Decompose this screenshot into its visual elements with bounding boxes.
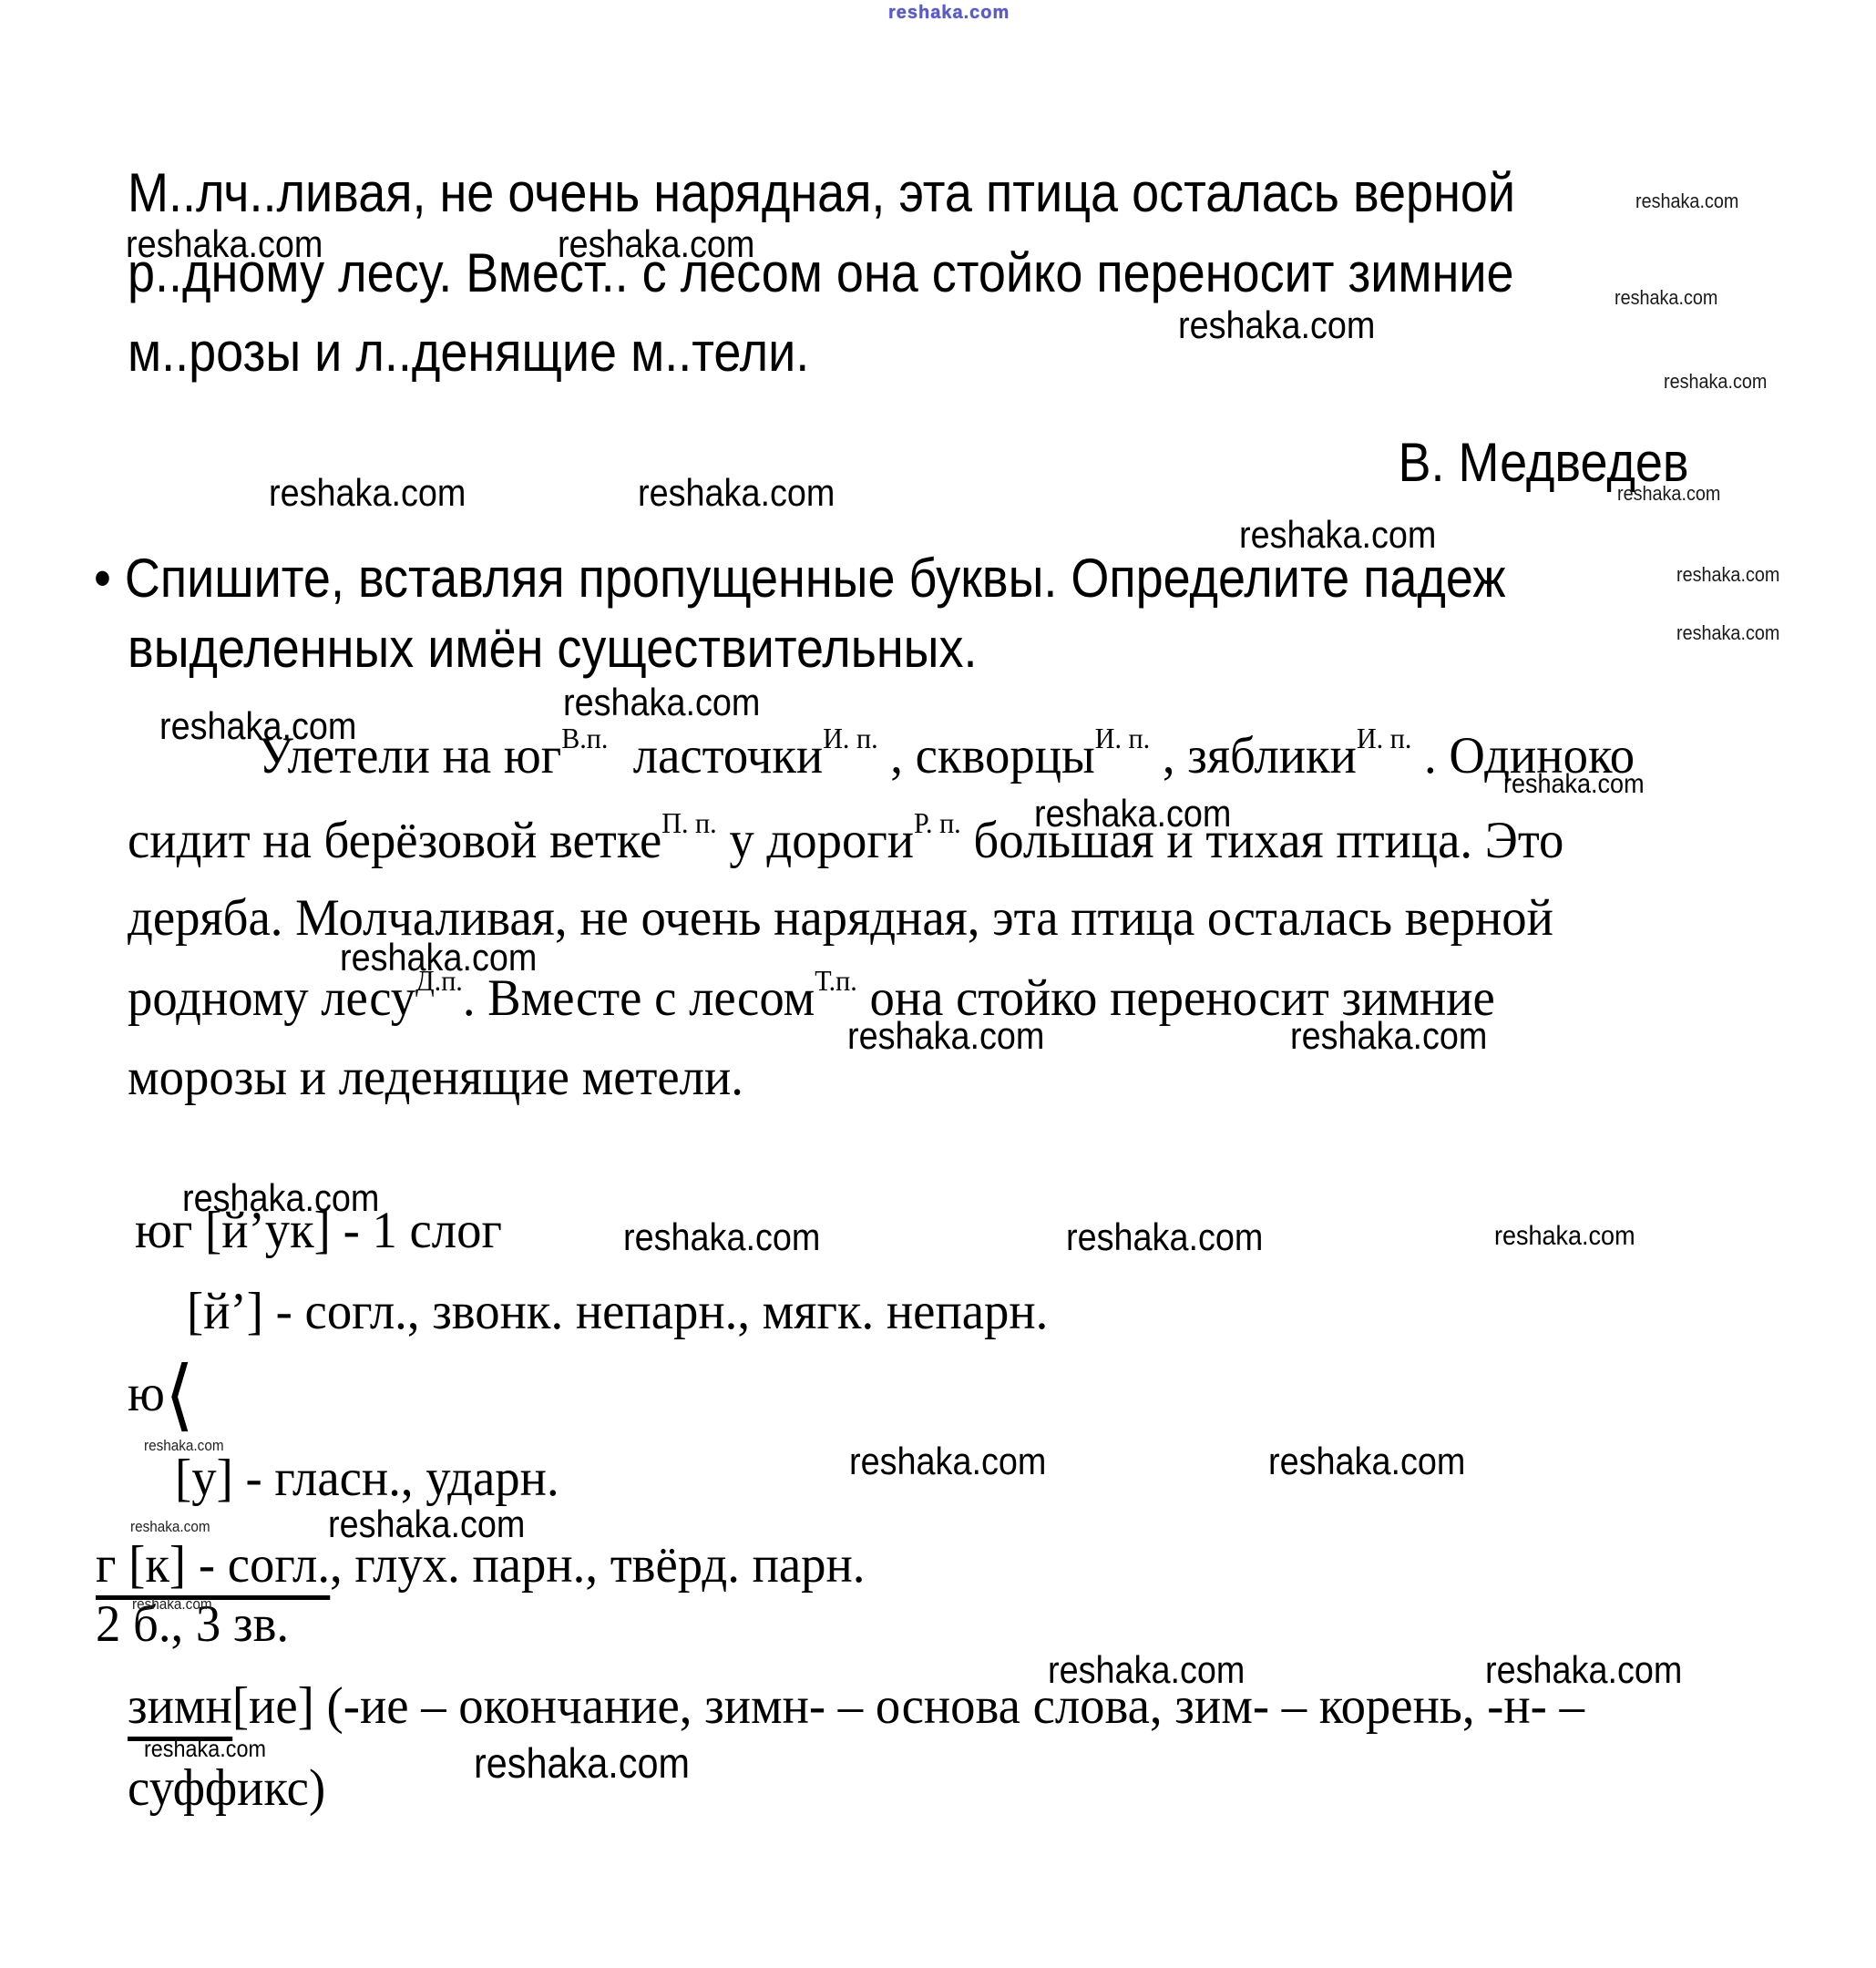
site-watermark: reshaka.com — [1617, 484, 1720, 504]
site-watermark: reshaka.com — [132, 1596, 212, 1612]
site-watermark: reshaka.com — [144, 1737, 266, 1760]
text-segment: ю — [128, 1365, 165, 1422]
site-watermark: reshaka.com — [1268, 1442, 1465, 1481]
case-label: И. п. — [1357, 723, 1411, 754]
case-label: В.п. — [561, 723, 608, 754]
site-watermark: reshaka.com — [1239, 516, 1436, 554]
text-segment: сидит на берёзовой ветке — [128, 812, 661, 869]
solution-line-2: сидит на берёзовой веткеП. п. у дорогиР.… — [128, 815, 1563, 866]
underlined-text: зимн — [128, 1680, 232, 1741]
site-watermark: reshaka.com — [340, 938, 537, 977]
text-segment: у дороги — [717, 812, 914, 869]
site-watermark: reshaka.com — [1290, 1017, 1487, 1055]
site-watermark: reshaka.com — [1503, 771, 1645, 798]
text-segment: [ие] (-ие – окончание, зимн- – основа сл… — [232, 1677, 1584, 1735]
site-watermark: reshaka.com — [1664, 372, 1767, 392]
site-watermark: reshaka.com — [1178, 306, 1375, 344]
site-watermark: reshaka.com — [126, 225, 323, 263]
underlined-text: г [к] - согл. — [96, 1539, 330, 1600]
case-label: И. п. — [823, 723, 877, 754]
case-label: И. п. — [1095, 723, 1150, 754]
top-site-watermark: reshaka.com — [888, 3, 1010, 24]
site-watermark: reshaka.com — [159, 707, 356, 745]
site-watermark: reshaka.com — [1034, 794, 1231, 833]
solution-line-5: морозы и леденящие метели. — [128, 1051, 743, 1103]
site-watermark: reshaka.com — [623, 1218, 820, 1256]
site-watermark: reshaka.com — [130, 1519, 210, 1534]
site-watermark: reshaka.com — [849, 1442, 1046, 1481]
site-watermark: reshaka.com — [563, 683, 760, 722]
text-segment: , скворцы — [878, 727, 1095, 784]
phonetic-sound-u: [у] - гласн., ударн. — [175, 1452, 559, 1504]
site-watermark: reshaka.com — [847, 1017, 1044, 1055]
site-watermark: reshaka.com — [269, 474, 466, 512]
site-watermark: reshaka.com — [1066, 1218, 1263, 1256]
case-label: Р. п. — [914, 807, 961, 839]
site-watermark: reshaka.com — [1676, 565, 1779, 585]
site-watermark: reshaka.com — [1494, 1223, 1635, 1250]
task-line-2: выделенных имён существительных. — [128, 621, 977, 676]
site-watermark: reshaka.com — [638, 474, 835, 512]
phonetic-sound-g: г [к] - согл., глух. парн., твёрд. парн. — [96, 1539, 865, 1600]
phonetic-sound-y: [й’] - согл., звонк. непарн., мягк. непа… — [187, 1286, 1048, 1338]
site-watermark: reshaka.com — [1676, 623, 1779, 643]
document-page: reshaka.com М..лч..ливая, не очень наряд… — [0, 0, 1876, 1968]
site-watermark: reshaka.com — [1485, 1651, 1682, 1689]
site-watermark: reshaka.com — [474, 1742, 690, 1784]
site-watermark: reshaka.com — [1048, 1651, 1245, 1689]
morphology-line-1: зимн[ие] (-ие – окончание, зимн- – основ… — [128, 1680, 1584, 1741]
text-segment: морозы и леденящие метели. — [128, 1049, 743, 1106]
excerpt-line-3: м..розы и л..денящие м..тели. — [128, 325, 809, 380]
site-watermark: reshaka.com — [1615, 288, 1717, 308]
site-watermark: reshaka.com — [182, 1179, 379, 1217]
excerpt-line-1: М..лч..ливая, не очень нарядная, эта пти… — [128, 166, 1515, 220]
excerpt-line-2: р..дному лесу. Вмест.. с лесом она стойк… — [128, 246, 1514, 301]
brace-icon: ⟨ — [165, 1350, 194, 1440]
solution-line-1: Улетели на югВ.п. ласточкиИ. п. , скворц… — [258, 730, 1635, 782]
case-label: Т.п. — [815, 965, 857, 997]
site-watermark: reshaka.com — [144, 1438, 224, 1453]
site-watermark: reshaka.com — [328, 1505, 525, 1543]
text-segment: , зяблики — [1150, 727, 1357, 784]
text-segment: ласточки — [608, 727, 823, 784]
phonetic-letter-bracket: ю⟨ — [128, 1365, 194, 1427]
morphology-line-2: суффикс) — [128, 1762, 325, 1814]
site-watermark: reshaka.com — [558, 225, 754, 263]
task-line-1: • Спишите, вставляя пропущенные буквы. О… — [94, 551, 1505, 606]
site-watermark: reshaka.com — [1635, 191, 1738, 211]
case-label: П. п. — [661, 807, 716, 839]
